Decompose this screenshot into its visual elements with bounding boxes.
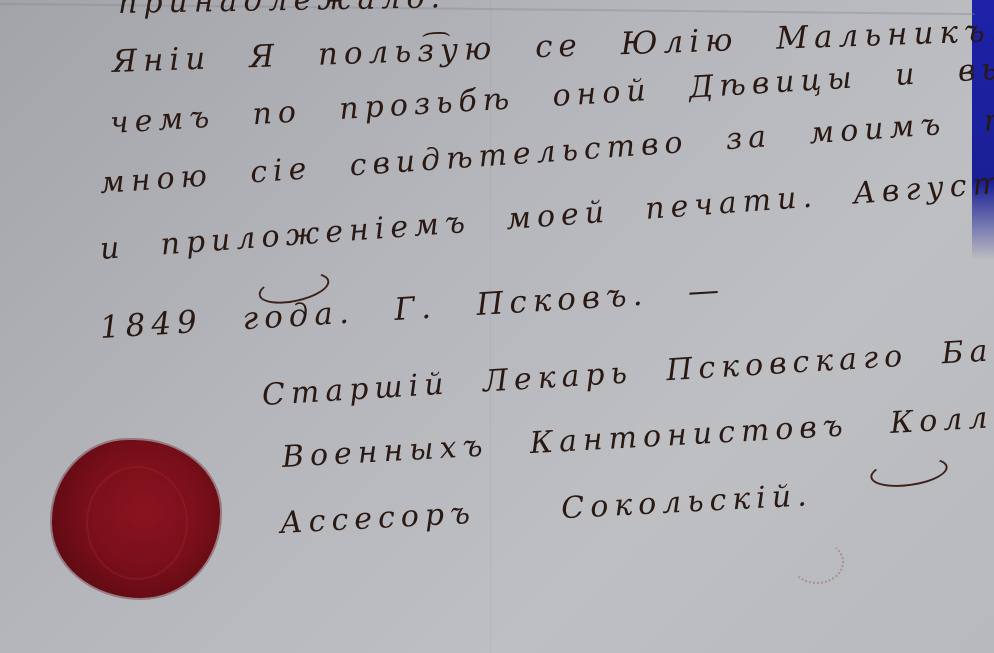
- signature-line-1: Старшій Лекарь Псковскаго Баталіона: [261, 323, 994, 413]
- document-photo: принадлежало. Яніи Я польз͡ую сe Юлію Ма…: [0, 0, 994, 653]
- wax-seal: red wax seal: [52, 440, 220, 598]
- seal-emboss-ring: [86, 466, 188, 580]
- signature-line-3: Ассесоръ Сокольскій.: [279, 478, 813, 541]
- pen-flourish: [868, 453, 949, 492]
- text-line-6-year-place: 1849 года. Г. Псковъ. —: [99, 272, 726, 346]
- paper-stain: [790, 540, 844, 584]
- text-line-1: принадлежало.: [118, 0, 447, 21]
